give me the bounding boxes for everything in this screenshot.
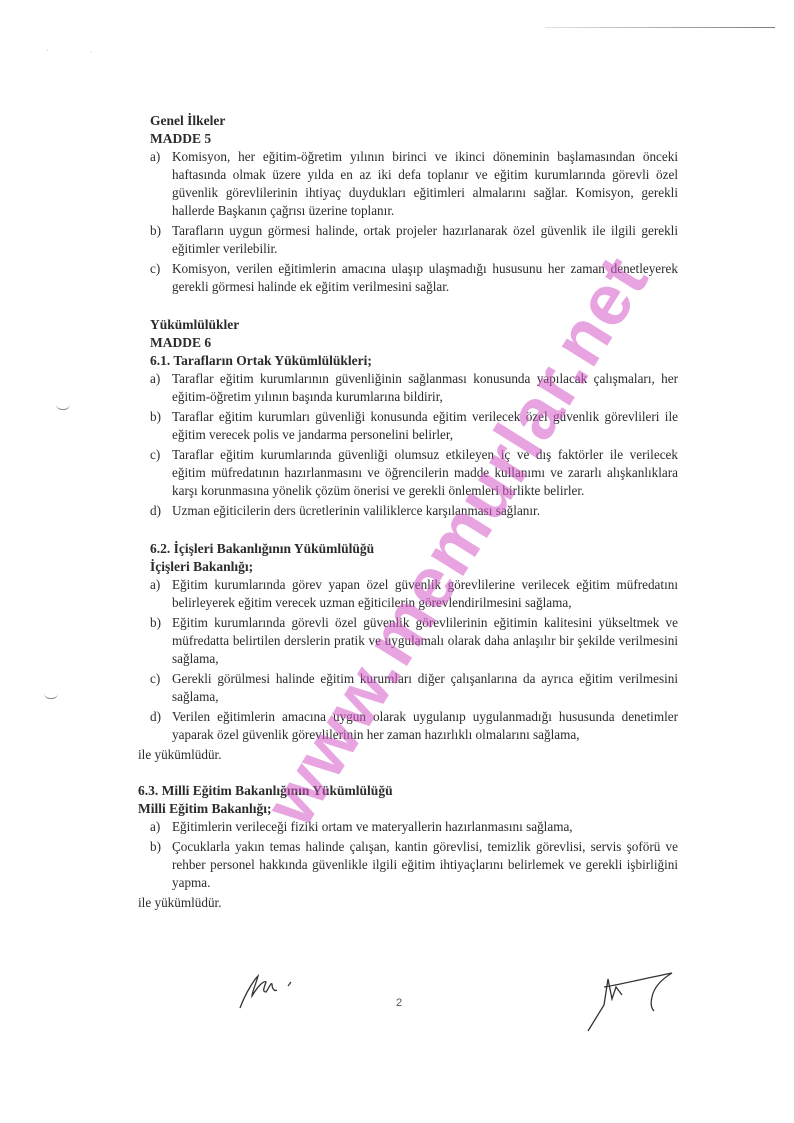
- list-item: c)Taraflar eğitim kurumlarında güvenliği…: [150, 446, 678, 500]
- punch-hole-mark: [56, 404, 70, 410]
- list-item: d)Verilen eğitimlerin amacına uygun olar…: [150, 708, 678, 744]
- scan-edge-line: [545, 27, 775, 28]
- list-item: a)Eğitimlerin verileceği fiziki ortam ve…: [150, 818, 678, 836]
- article-heading: MADDE 6: [150, 334, 678, 352]
- closing-text: ile yükümlüdür.: [138, 746, 678, 764]
- punch-hole-mark: [44, 693, 58, 699]
- closing-text: ile yükümlüdür.: [138, 894, 678, 912]
- scan-speck: ·: [90, 48, 93, 57]
- list-item: b)Taraflar eğitim kurumları güvenliği ko…: [150, 408, 678, 444]
- subsection-intro: Milli Eğitim Bakanlığı;: [138, 800, 678, 818]
- list-item: d)Uzman eğiticilerin ders ücretlerinin v…: [150, 502, 678, 520]
- list-item: c)Komisyon, verilen eğitimlerin amacına …: [150, 260, 678, 296]
- section-title: Yükümlülükler: [150, 316, 678, 334]
- subsection-intro: İçişleri Bakanlığı;: [150, 558, 678, 576]
- list-item: b)Eğitim kurumlarında görevli özel güven…: [150, 614, 678, 668]
- page-number: 2: [396, 997, 402, 1009]
- list-item: b)Tarafların uygun görmesi halinde, orta…: [150, 222, 678, 258]
- list-item: c)Gerekli görülmesi halinde eğitim kurum…: [150, 670, 678, 706]
- list-item: b)Çocuklarla yakın temas halinde çalışan…: [150, 838, 678, 892]
- list-item: a)Taraflar eğitim kurumlarının güvenliği…: [150, 370, 678, 406]
- document-body: Genel İlkeler MADDE 5 a)Komisyon, her eğ…: [150, 112, 678, 912]
- signature-right: [582, 965, 692, 1035]
- section-title: Genel İlkeler: [150, 112, 678, 130]
- article-heading: MADDE 5: [150, 130, 678, 148]
- list-item: a)Komisyon, her eğitim-öğretim yılının b…: [150, 148, 678, 220]
- document-page: · · Genel İlkeler MADDE 5 a)Komisyon, he…: [0, 0, 794, 1123]
- subsection-title: 6.1. Tarafların Ortak Yükümlülükleri;: [150, 352, 678, 370]
- signature-left: [236, 962, 306, 1012]
- subsection-title: 6.3. Milli Eğitim Bakanlığının Yükümlülü…: [138, 782, 678, 800]
- subsection-title: 6.2. İçişleri Bakanlığının Yükümlülüğü: [150, 540, 678, 558]
- list-item: a)Eğitim kurumlarında görev yapan özel g…: [150, 576, 678, 612]
- scan-speck: ·: [46, 46, 49, 55]
- general-items: a)Komisyon, her eğitim-öğretim yılının b…: [150, 148, 678, 296]
